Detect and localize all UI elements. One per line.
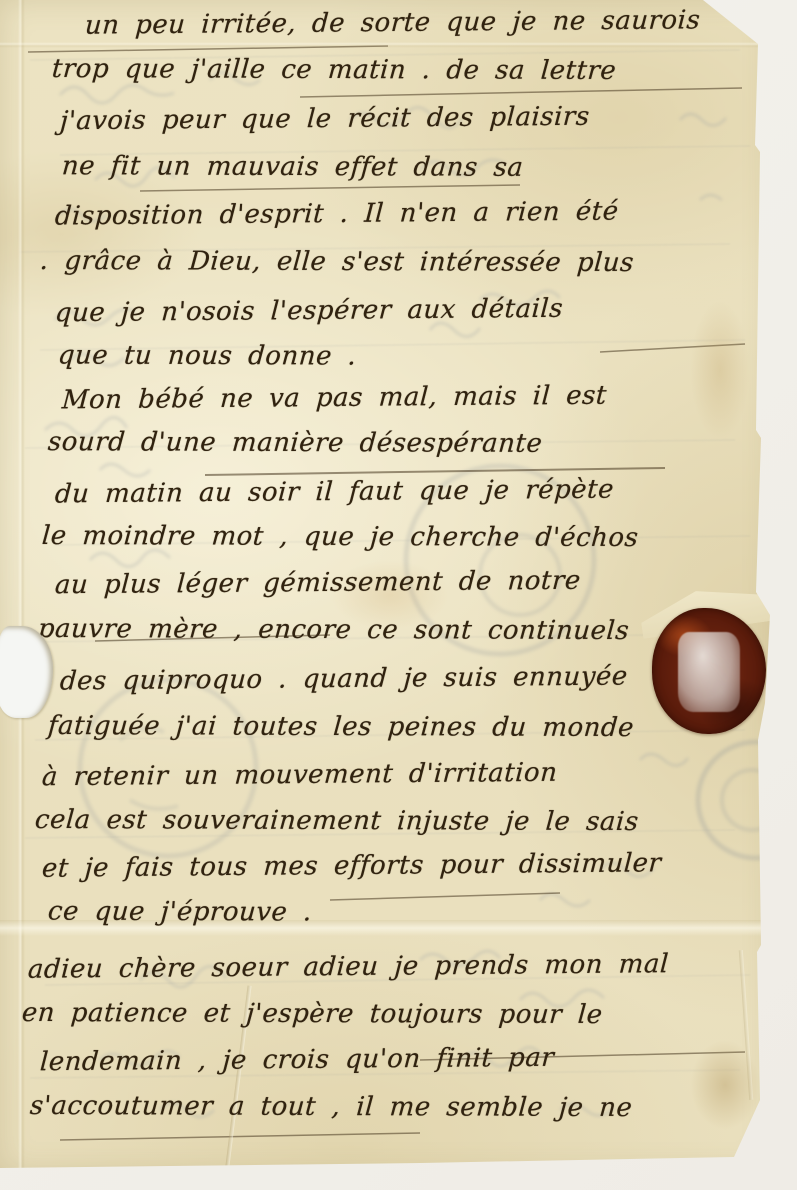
handwritten-line: j'avois peur que le récit des plaisirs (59, 102, 591, 137)
scan-background: un peu irritée, de sorte que je ne sauro… (0, 0, 797, 1190)
handwritten-line: pauvre mère , encore ce sont continuels (37, 614, 630, 646)
handwritten-line: sourd d'une manière désespérante (47, 427, 544, 459)
handwritten-line: du matin au soir il faut que je répète (54, 475, 615, 510)
wax-seal-center (678, 632, 740, 712)
handwritten-line: et je fais tous mes efforts pour dissimu… (41, 848, 662, 883)
handwritten-line: que tu nous donne . (57, 340, 358, 371)
handwritten-line: fatiguée j'ai toutes les peines du monde (47, 711, 635, 743)
handwritten-line: lendemain , je crois qu'on finit par (39, 1043, 555, 1078)
handwritten-line: cela est souverainement injuste je le sa… (34, 805, 640, 837)
letter-page: un peu irritée, de sorte que je ne sauro… (0, 0, 772, 1172)
handwriting-block: un peu irritée, de sorte que je ne sauro… (0, 0, 772, 1172)
handwritten-line: Mon bébé ne va pas mal, mais il est (61, 381, 608, 416)
handwritten-line: . grâce à Dieu, elle s'est intéressée pl… (39, 246, 635, 278)
handwritten-line: des quiproquo . quand je suis ennuyée (59, 662, 629, 697)
handwritten-line: un peu irritée, de sorte que je ne sauro… (84, 5, 701, 40)
handwritten-line: à retenir un mouvement d'irritation (41, 758, 558, 793)
handwritten-line: que je n'osois l'espérer aux détails (54, 294, 564, 328)
handwritten-line: adieu chère soeur adieu je prends mon ma… (27, 949, 670, 985)
handwritten-line: s'accoutumer a tout , il me semble je ne (29, 1091, 634, 1123)
handwritten-line: en patience et j'espère toujours pour le (21, 998, 604, 1030)
handwritten-line: ne fit un mauvais effet dans sa (61, 151, 525, 183)
handwritten-line: ce que j'éprouve . (47, 897, 313, 928)
handwritten-line: trop que j'aille ce matin . de sa lettre (51, 54, 617, 86)
handwritten-line: disposition d'esprit . Il n'en a rien ét… (54, 197, 619, 232)
handwritten-line: le moindre mot , que je cherche d'échos (41, 521, 640, 553)
handwritten-line: au plus léger gémissement de notre (54, 566, 582, 601)
wax-seal-icon (652, 608, 766, 734)
